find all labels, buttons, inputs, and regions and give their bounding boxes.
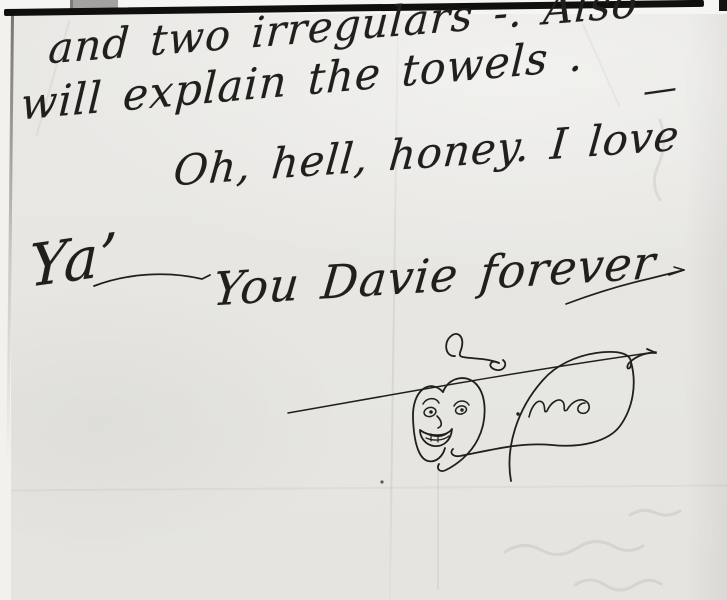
doodle-left-eyebrow: [423, 399, 439, 404]
doodle-nose: [437, 416, 441, 428]
scanned-note-page: and two irregulars -. Also will explain …: [0, 0, 727, 600]
doodle-mouth-shade: [420, 429, 452, 437]
ink-doodle-svg: [0, 0, 727, 600]
bleed-through-ghost-writing: [505, 120, 680, 590]
signature-underline: [288, 352, 656, 413]
doodle-right-lobe-outline: [438, 378, 485, 471]
doodle-right-pupil: [460, 408, 463, 411]
forever-flourish: [566, 267, 684, 304]
ya-flourish: [94, 274, 210, 286]
doodle-left-pupil: [429, 410, 433, 414]
doodle-left-face-outline: [413, 386, 445, 461]
ink-dot: [380, 480, 383, 483]
heart-face-doodle: [413, 378, 485, 471]
